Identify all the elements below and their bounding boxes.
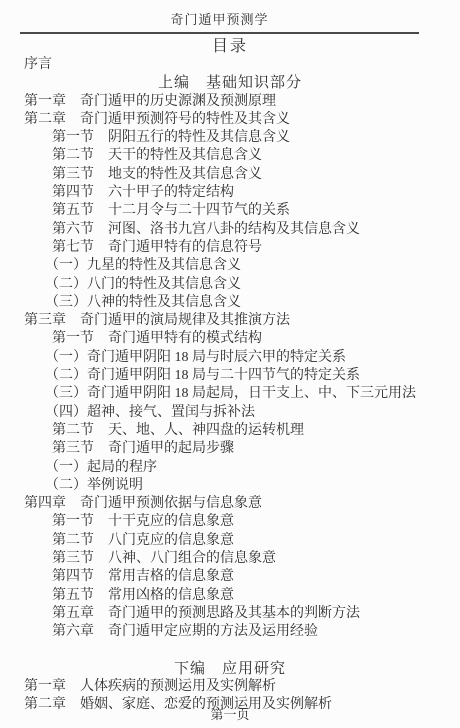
toc-entry: （三）八神的特性及其信息含义 <box>0 294 460 312</box>
toc-entry: 第三节 地支的特性及其信息含义 <box>0 166 460 184</box>
toc-entry: （二）举例说明 <box>0 477 460 495</box>
toc-entry: 第四节 常用吉格的信息象意 <box>0 568 460 586</box>
toc-entry-preface: 序言 <box>0 56 460 74</box>
toc-entry: 第五节 十二月令与二十四节气的关系 <box>0 202 460 220</box>
toc-entry: 第一节 十干克应的信息象意 <box>0 513 460 531</box>
toc-entry: 第一节 奇门遁甲特有的模式结构 <box>0 330 460 348</box>
part-title-lower: 下编 应用研究 <box>0 660 460 678</box>
toc-entry: 第四节 六十甲子的特定结构 <box>0 184 460 202</box>
scanned-book-page: 奇门遁甲预测学 目录 序言 上编 基础知识部分 第一章 奇门遁甲的历史源渊及预测… <box>0 0 460 728</box>
toc-entry: 第二节 天、地、人、神四盘的运转机理 <box>0 422 460 440</box>
toc-entry: （一）九星的特性及其信息含义 <box>0 257 460 275</box>
toc-entry: 第二节 天干的特性及其信息含义 <box>0 147 460 165</box>
running-head-book-title: 奇门遁甲预测学 <box>20 13 419 34</box>
toc-entry: 第六节 河图、洛书九宫八卦的结构及其信息含义 <box>0 221 460 239</box>
toc-entry: 第三节 奇门遁甲的起局步骤 <box>0 440 460 458</box>
toc-entry: （一）起局的程序 <box>0 459 460 477</box>
part-title-upper: 上编 基础知识部分 <box>0 74 460 92</box>
toc-entry: 第一章 人体疾病的预测运用及实例解析 <box>0 678 460 696</box>
toc-entry: （一）奇门遁甲阴阳 18 局与时辰六甲的特定关系 <box>0 349 460 367</box>
toc-entry: （四）超神、接气、置闰与拆补法 <box>0 404 460 422</box>
toc-entry: （二）八门的特性及其信息含义 <box>0 276 460 294</box>
toc-entry: 第一节 阴阳五行的特性及其信息含义 <box>0 129 460 147</box>
page-title: 目录 <box>0 38 460 55</box>
toc-entry: 第六章 奇门遁甲定应期的方法及运用经验 <box>0 623 460 641</box>
toc-entry: 第三节 八神、八门组合的信息象意 <box>0 550 460 568</box>
toc-entry: 第二节 八门克应的信息象意 <box>0 532 460 550</box>
toc-entry: 第一章 奇门遁甲的历史源渊及预测原理 <box>0 93 460 111</box>
toc-entry: （三）奇门遁甲阴阳 18 局起局，日干支上、中、下三元用法 <box>0 385 460 403</box>
page-number-label: 第一页 <box>0 707 460 723</box>
toc-entry: 第四章 奇门遁甲预测依据与信息象意 <box>0 495 460 513</box>
toc-upper-list: 第一章 奇门遁甲的历史源渊及预测原理第二章 奇门遁甲预测符号的特性及其含义第一节… <box>0 93 460 642</box>
table-of-contents: 序言 上编 基础知识部分 第一章 奇门遁甲的历史源渊及预测原理第二章 奇门遁甲预… <box>0 56 460 715</box>
toc-entry: 第二章 奇门遁甲预测符号的特性及其含义 <box>0 111 460 129</box>
toc-entry: 第五节 常用凶格的信息象意 <box>0 587 460 605</box>
toc-entry: 第五章 奇门遁甲的预测思路及其基本的判断方法 <box>0 605 460 623</box>
toc-entry: 第三章 奇门遁甲的演局规律及其推演方法 <box>0 312 460 330</box>
toc-entry: 第七节 奇门遁甲特有的信息符号 <box>0 239 460 257</box>
toc-entry: （二）奇门遁甲阴阳 18 局与二十四节气的特定关系 <box>0 367 460 385</box>
